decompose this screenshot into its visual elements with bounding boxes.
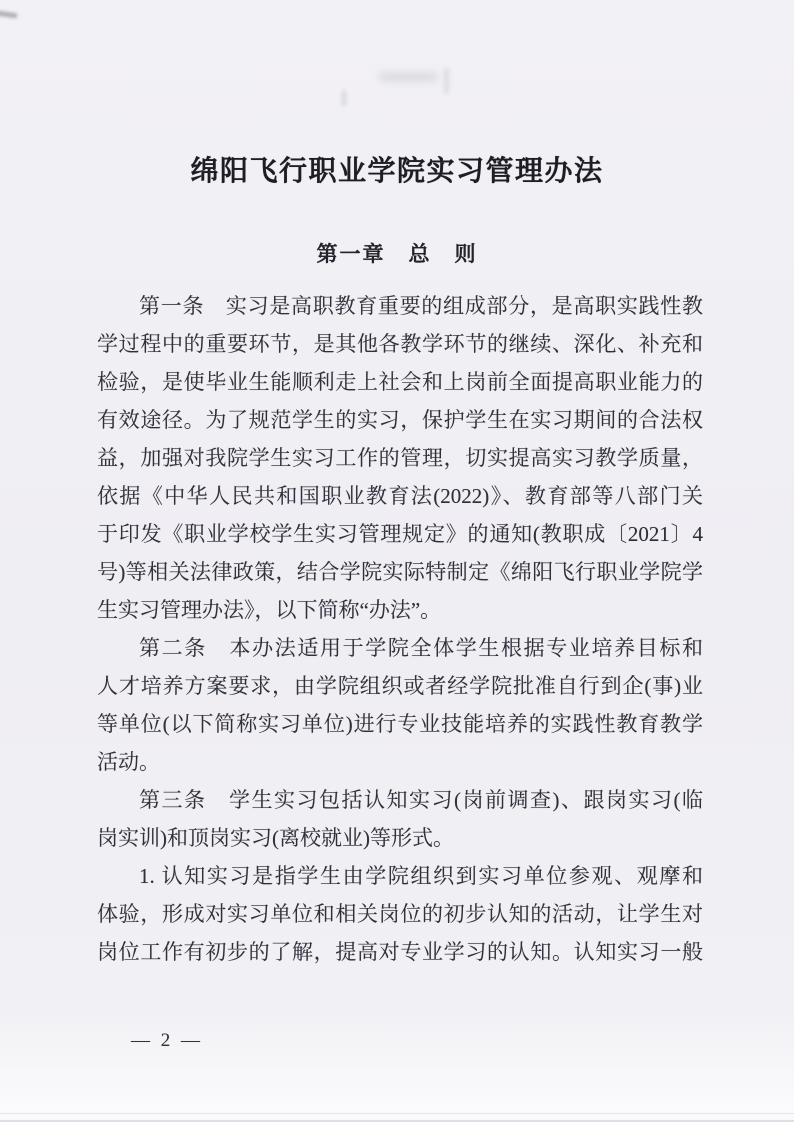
scan-corner-artifact bbox=[0, 11, 17, 19]
document-title: 绵阳飞行职业学院实习管理办法 bbox=[0, 149, 794, 189]
text-line: 1. 认知实习是指学生由学院组织到实习单位参观、观摩和 bbox=[97, 857, 703, 895]
text-line: 第二条 本办法适用于学院全体学生根据专业培养目标和 bbox=[97, 629, 703, 667]
text-line: 益，加强对我院学生实习工作的管理，切实提高实习教学质量， bbox=[97, 439, 703, 477]
text-line: 岗实训)和顶岗实习(离校就业)等形式。 bbox=[97, 819, 703, 857]
text-line: 依据《中华人民共和国职业教育法(2022)》、教育部等八部门关 bbox=[97, 477, 703, 515]
text-line: 于印发《职业学校学生实习管理规定》的通知(教职成〔2021〕4 bbox=[97, 515, 703, 553]
text-line: 检验，是使毕业生能顺利走上社会和上岗前全面提高职业能力的 bbox=[97, 363, 703, 401]
document-page: 绵阳飞行职业学院实习管理办法 第一章 总 则 第一条 实习是高职教育重要的组成部… bbox=[0, 0, 794, 1122]
text-line: 活动。 bbox=[97, 743, 703, 781]
text-line: 体验，形成对实习单位和相关岗位的初步认知的活动，让学生对 bbox=[97, 895, 703, 933]
chapter-heading: 第一章 总 则 bbox=[0, 238, 794, 268]
text-line: 学过程中的重要环节，是其他各教学环节的继续、深化、补充和 bbox=[97, 325, 703, 363]
text-line: 岗位工作有初步的了解，提高对专业学习的认知。认知实习一般 bbox=[97, 933, 703, 971]
page-number: — 2 — bbox=[131, 1030, 203, 1052]
smudge-mark bbox=[342, 90, 346, 106]
smudge-mark bbox=[444, 68, 449, 94]
bleedthrough-smudge bbox=[332, 60, 482, 108]
text-line: 第三条 学生实习包括认知实习(岗前调查)、跟岗实习(临 bbox=[97, 781, 703, 819]
text-line: 人才培养方案要求，由学院组织或者经学院批准自行到企(事)业 bbox=[97, 667, 703, 705]
smudge-mark bbox=[378, 72, 438, 82]
body-text: 第一条 实习是高职教育重要的组成部分，是高职实践性教 学过程中的重要环节，是其他… bbox=[97, 287, 703, 971]
text-line: 等单位(以下简称实习单位)进行专业技能培养的实践性教育教学 bbox=[97, 705, 703, 743]
text-line: 有效途径。为了规范学生的实习，保护学生在实习期间的合法权 bbox=[97, 401, 703, 439]
text-line: 生实习管理办法》，以下简称“办法”。 bbox=[97, 591, 703, 629]
text-line: 号)等相关法律政策，结合学院实际特制定《绵阳飞行职业学院学 bbox=[97, 553, 703, 591]
text-line: 第一条 实习是高职教育重要的组成部分，是高职实践性教 bbox=[97, 287, 703, 325]
